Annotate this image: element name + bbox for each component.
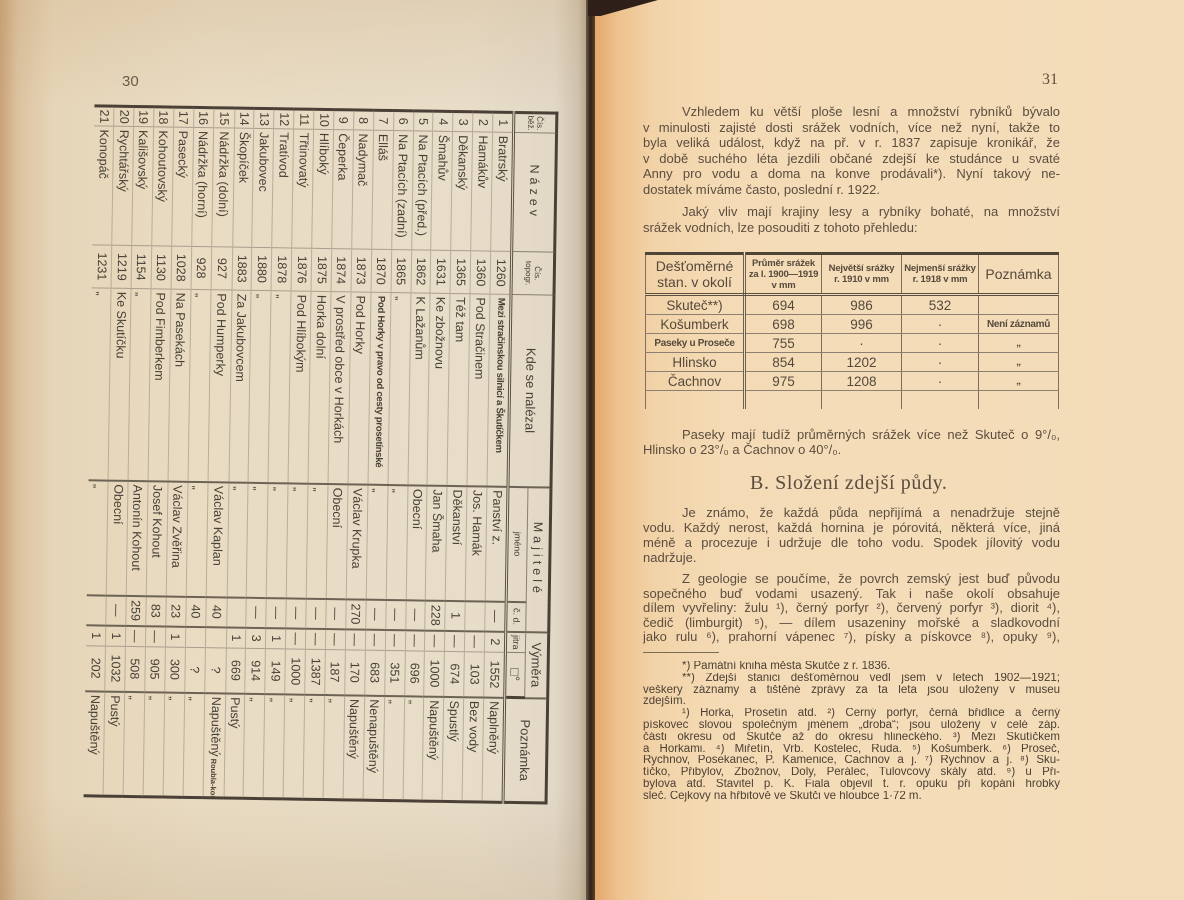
location: K Lažanům	[408, 293, 431, 485]
topo-number: 1231	[92, 245, 112, 288]
area-sq: 1552	[484, 652, 506, 697]
owner-name: Josef Kohout	[146, 481, 168, 596]
header-area-sq-fathoms: □°	[505, 652, 526, 697]
row-number: 12	[274, 109, 294, 129]
area-jitra: —	[286, 628, 306, 649]
area-jitra: —	[445, 630, 465, 651]
area-sq: 149	[265, 649, 286, 694]
footnote-line: zdejším.	[643, 696, 1060, 708]
row-number: 7	[373, 110, 393, 130]
footnote-line: Rychnov, Posekanec, P. Kamenice, Čachnov…	[643, 755, 1060, 767]
note: Napuštěný	[422, 696, 444, 801]
owner-name: „	[227, 482, 249, 597]
note: Spustlý	[442, 696, 464, 801]
area-jitra: 1	[165, 626, 185, 647]
area-jitra: 3	[246, 627, 266, 648]
text-line: v minulosti zajisté dosti srážek vodních…	[643, 120, 1060, 136]
note: „	[263, 694, 285, 799]
header-minimum-line2: r. 1918 v mm	[902, 274, 978, 285]
maximum: 1202	[822, 353, 902, 372]
area-sq: 669	[225, 648, 246, 693]
pond-name: Jakubovec	[252, 128, 274, 247]
house-number: 259	[126, 595, 146, 625]
area-jitra: —	[385, 630, 405, 651]
pond-name: Třtinovatý	[292, 129, 314, 248]
area-jitra: —	[365, 629, 385, 650]
note-text: Napuštěný	[208, 697, 223, 757]
house-number: —	[326, 599, 346, 629]
note: „	[323, 695, 345, 800]
area-sq: 696	[404, 651, 425, 696]
row-number: 6	[393, 111, 413, 131]
topo-number: 1883	[232, 247, 253, 290]
owner-name: Jos. Hamák	[465, 486, 487, 601]
footnote-line: pískovec slovou společným jménem „droba“…	[643, 720, 1060, 732]
pond-name: Šmahův	[431, 131, 453, 250]
maximum: 986	[822, 295, 902, 315]
area-sq: 508	[125, 646, 146, 691]
house-number	[226, 597, 246, 627]
text-line: Jaký vliv mají krajiny lesy a rybníky bo…	[643, 204, 1060, 220]
pond-name: Elláš	[371, 130, 393, 249]
note: „	[383, 696, 405, 801]
house-number: 40	[185, 596, 205, 626]
row-number: 8	[353, 110, 373, 130]
text-line: méně a procezuje i udržuje dle toho vodu…	[643, 535, 1060, 550]
house-number	[86, 595, 106, 625]
row-number: 4	[433, 111, 453, 131]
area-jitra: —	[465, 631, 485, 652]
note: Naplněný	[482, 697, 505, 802]
text-line: sopečného buď vodami usazený. Tak i naše…	[643, 587, 1060, 602]
paragraph-rainfall-comparison: Paseky mají tudíž průměrných srážek více…	[643, 427, 1060, 457]
house-number: —	[106, 595, 126, 625]
house-number: 1	[445, 600, 465, 630]
pond-name: Nádržka (dolní)	[211, 128, 234, 247]
header-topo: Čís.topogr.	[511, 251, 555, 295]
area-jitra: 1	[266, 628, 286, 649]
header-station-line1: Dešťoměrné	[646, 258, 743, 274]
area-sq: 1000	[285, 649, 306, 694]
header-owners: Majitelé	[526, 487, 551, 632]
rainfall-table-grid: Dešťoměrnéstan. v okolí Průměr srážekza …	[645, 252, 1059, 409]
header-maximum-line1: Největší srážky	[822, 263, 901, 274]
house-number: 23	[166, 596, 186, 626]
header-note: Poznámka	[979, 254, 1059, 295]
owner-name: Panství z.	[485, 486, 508, 601]
topo-number: 1260	[490, 251, 512, 294]
location: „	[128, 288, 151, 480]
minimum: ·	[902, 315, 979, 334]
footnotes: *) Památní kniha města Skutče z r. 1836.…	[643, 661, 1060, 803]
house-number	[465, 601, 485, 631]
table-row: Skuteč**)694986532	[646, 295, 1059, 315]
pond-name: Děkanský	[451, 131, 473, 250]
row-number: 2	[473, 112, 493, 132]
station: Skuteč**)	[646, 295, 745, 315]
note: „	[163, 692, 185, 797]
area-jitra: —	[325, 629, 345, 650]
footnote-line: ¹) Horka, Prosetín atd. ²) Černý porfyr,…	[643, 708, 1060, 720]
owner-name: Obecní	[106, 480, 128, 595]
location: „	[268, 291, 291, 483]
note: „	[183, 692, 205, 797]
area-sq: 202	[85, 646, 105, 691]
pond-name: Škopíček	[232, 128, 254, 247]
header-maximum: Největší srážkyr. 1910 v mm	[822, 254, 902, 295]
row-number: 1	[493, 112, 514, 132]
area-jitra: —	[425, 630, 445, 651]
row-number: 9	[334, 110, 354, 130]
footnote-line: *) Památní kniha města Skutče z r. 1836.	[643, 661, 1060, 673]
owner-name: Antonín Kohout	[126, 480, 148, 595]
area-jitra	[205, 627, 226, 648]
header-place: Kde se nalézal	[508, 294, 554, 487]
pond-name: Na Ptacích (před.)	[411, 131, 433, 250]
minimum: ·	[902, 353, 979, 372]
row-number: 15	[213, 108, 234, 128]
note: Není záznamů	[979, 315, 1059, 334]
text-line: Z geologie se poučíme, že povrch zemský …	[643, 572, 1060, 587]
table-row: Paseky u Proseče755··„	[646, 334, 1059, 353]
topo-number: 928	[191, 246, 212, 289]
area-sq: 300	[164, 647, 185, 692]
area-sq: 1032	[105, 646, 126, 691]
area-sq: ?	[204, 648, 226, 693]
station: Paseky u Proseče	[646, 334, 745, 353]
header-owner-name: jméno	[506, 486, 528, 601]
book-spine	[586, 0, 595, 900]
owner-name: „	[87, 480, 108, 595]
topo-number: 1870	[371, 249, 392, 292]
average: 755	[745, 334, 822, 353]
average: 854	[745, 353, 822, 372]
footnote-line: bylova atd. Stavitel p. K. Fiala objevil…	[643, 779, 1060, 791]
topo-number: 1365	[450, 250, 471, 293]
ponds-table-grid: Čís.běž. Název Čís.topogr. Kde se naléza…	[84, 104, 559, 804]
row-number: 16	[193, 107, 213, 127]
pond-name: Kohoutovský	[152, 127, 174, 246]
text-line: nadržuje.	[643, 550, 1060, 565]
house-number: —	[286, 598, 306, 628]
text-line: dostatek míváme často, poslední r. 1922.	[643, 182, 1060, 198]
text-line: byla veliká událost, když na př. v r. 18…	[643, 135, 1060, 151]
location: „	[89, 288, 111, 480]
row-number: 14	[234, 108, 254, 128]
maximum: ·	[822, 334, 902, 353]
text-line: Vzhledem ku větší ploše lesní a množství…	[643, 104, 1060, 120]
area-sq: 351	[384, 650, 405, 695]
empty-cell	[979, 391, 1059, 410]
topo-number: 1154	[131, 245, 152, 288]
area-sq: 170	[345, 650, 366, 695]
empty-cell	[902, 391, 979, 410]
text-line: Paseky mají tudíž průměrných srážek více…	[643, 427, 1060, 442]
table-row: Čachnov9751208·„	[646, 372, 1059, 391]
header-name: Název	[512, 132, 557, 252]
house-number: 40	[205, 597, 226, 627]
maximum: 1208	[822, 372, 902, 391]
area-sq: 914	[245, 648, 266, 693]
note: „	[979, 353, 1059, 372]
text-line: Hlinsko o 23°/₀ a Čachnov o 40°/₀.	[643, 442, 1060, 457]
area-jitra: —	[306, 628, 326, 649]
house-number: —	[266, 598, 286, 628]
header-note: Poznámka	[503, 697, 548, 803]
note: „	[979, 334, 1059, 353]
text-line: dílem vyvřeliny: žulu ¹), černý porfyr ²…	[643, 601, 1060, 616]
area-jitra: —	[125, 625, 145, 646]
location: Ke Skutíčku	[108, 288, 131, 480]
pond-name: Konopáč	[92, 126, 113, 245]
location: „	[248, 290, 271, 482]
topo-number: 1874	[331, 249, 352, 292]
row-number: 19	[134, 106, 154, 126]
station: Košumberk	[646, 315, 745, 334]
location: „	[388, 293, 411, 485]
location: Mezi stračinskou silnicí a Škutíčkem	[487, 294, 511, 486]
footnote-line: sleč. Čejkovy na hřbitově ve Skutči ve h…	[643, 791, 1060, 803]
area-sq: 905	[145, 647, 166, 692]
row-number: 20	[114, 106, 134, 126]
pond-name: Nádržka (horní)	[191, 127, 213, 246]
note: „	[243, 693, 265, 798]
area-jitra: —	[345, 629, 365, 650]
header-topo-line1: Čís.	[533, 252, 543, 294]
paragraph-rainfall-history: Vzhledem ku větší ploše lesní a množství…	[643, 104, 1060, 198]
topo-number: 1862	[411, 250, 432, 293]
note: „	[303, 694, 325, 799]
area-jitra: —	[405, 630, 425, 651]
location: Na Pasekách	[168, 289, 191, 481]
topo-number: 1880	[251, 247, 272, 290]
note: Pustý	[103, 691, 125, 796]
topo-number: 1875	[311, 248, 332, 291]
house-number: —	[246, 597, 266, 627]
row-number: 17	[173, 107, 193, 127]
pond-name: Hamákův	[471, 132, 493, 251]
page-number-right: 31	[1042, 71, 1058, 89]
footnote-line: části okresu od Skutče až do okresu hlin…	[643, 732, 1060, 744]
pond-name: Na Ptacích (zadní)	[391, 131, 413, 250]
ponds-table: Čís.běž. Název Čís.topogr. Kde se naléza…	[90, 104, 559, 801]
empty-cell	[745, 391, 822, 410]
note: „	[123, 691, 145, 796]
maximum: 996	[822, 315, 902, 334]
note	[979, 295, 1059, 315]
topo-number: 1876	[291, 248, 312, 291]
location: Pod Humperky	[208, 290, 232, 482]
area-sq: 1000	[424, 651, 445, 696]
pond-name: Tratívod	[272, 129, 294, 248]
topo-number: 1873	[351, 249, 372, 292]
house-number: —	[485, 601, 506, 631]
note: NapuštěnýRoubla-kory	[203, 693, 226, 798]
paragraph-geology: Z geologie se poučíme, že povrch zemský …	[643, 572, 1060, 645]
owner-name: „	[267, 483, 289, 598]
area-jitra: 2	[485, 631, 506, 652]
header-minimum: Nejmenší srážkyr. 1918 v mm	[902, 254, 979, 295]
location: „	[188, 289, 211, 481]
footnote-line: a Horkami. ⁴) Miřetín, Vrb. Kostelec, Ru…	[643, 744, 1060, 756]
location: Pod Horky v pravo od cesty prosetínské	[368, 292, 391, 484]
topo-number: 1865	[391, 250, 412, 293]
header-number-line2: běž.	[526, 114, 535, 132]
owner-name: Děkanství	[446, 485, 468, 600]
area-sq: 683	[364, 650, 385, 695]
house-number: —	[366, 599, 386, 629]
owner-name: Václav Kaplan	[206, 482, 229, 597]
header-number: Čís.běž.	[514, 112, 557, 133]
owner-name: Jan Šmaha	[426, 485, 448, 600]
topo-number: 1028	[171, 246, 192, 289]
location: Ke zbožnovu	[427, 293, 450, 485]
location: Pod Hlíbokým	[288, 291, 311, 483]
empty-cell	[822, 391, 902, 410]
header-area: Výměra	[525, 632, 549, 698]
station: Hlinsko	[646, 353, 745, 372]
area-jitra: 1	[86, 625, 106, 646]
text-line: jako rulu ⁶), prahorní vápenec ⁷), písky…	[643, 630, 1060, 645]
pond-name: Kališovský	[132, 126, 154, 245]
area-jitra	[185, 626, 205, 647]
footnote-line: tíčko, Přibylov, Zbožnov, Doly, Perálec,…	[643, 767, 1060, 779]
area-jitra: 1	[106, 625, 126, 646]
note: Napuštěný	[343, 695, 365, 800]
note: „	[283, 694, 305, 799]
house-number: 83	[146, 596, 166, 626]
header-minimum-line1: Nejmenší srážky	[902, 263, 978, 274]
owner-name: Obecní	[326, 484, 348, 599]
area-sq: 674	[444, 651, 465, 696]
row-number: 3	[453, 111, 473, 131]
header-owner-house-no: č. d.	[506, 601, 526, 631]
note: Bez vody	[462, 697, 484, 802]
footnote-line: **) Zdejší stanici dešťoměrnou vedl jsem…	[643, 673, 1060, 685]
pond-name: Čeperka	[332, 130, 354, 249]
header-average: Průměr srážekza l. 1900—1919v mm	[745, 254, 822, 295]
area-jitra: —	[145, 626, 165, 647]
note: Nenapuštěný	[363, 695, 385, 800]
location: Pod Horky	[348, 292, 371, 484]
header-area-jitra: jitra	[505, 631, 525, 652]
table-row-empty	[646, 391, 1059, 410]
owner-name: „	[306, 483, 328, 598]
empty-cell	[646, 391, 745, 410]
location: Pod Fimberkem	[148, 289, 171, 481]
location: Pod Stračinem	[467, 294, 490, 486]
location: Též tam	[447, 293, 470, 485]
owner-name: Václav Zvěřina	[166, 481, 188, 596]
location: Horka dolní	[308, 291, 331, 483]
topo-number: 1360	[470, 251, 491, 294]
text-line: Anny pro vodu a doma na konve prodávali*…	[643, 166, 1060, 182]
average: 694	[745, 295, 822, 315]
text-line: v době suchého léta jezdili občané zdejš…	[643, 151, 1060, 167]
row-number: 13	[254, 108, 274, 128]
page-number-left: 30	[122, 73, 139, 90]
location: V prostřed obce v Horkách	[328, 292, 351, 484]
header-maximum-line2: r. 1910 v mm	[822, 274, 901, 285]
section-heading: B. Složení zdejší půdy.	[750, 472, 947, 495]
row-number: 18	[153, 107, 173, 127]
topo-number: 1631	[430, 250, 451, 293]
owner-name: „	[286, 483, 308, 598]
owner-name: Obecní	[406, 485, 428, 600]
house-number: —	[306, 598, 326, 628]
topo-number: 927	[211, 247, 233, 290]
topo-number: 1130	[151, 246, 172, 289]
owner-name: „	[366, 484, 388, 599]
text-line: vodu. Každý nerost, každá hornina je pór…	[643, 520, 1060, 535]
note-extra: Roubla-kory	[208, 759, 218, 798]
header-station-line2: stan. v okolí	[646, 274, 743, 290]
text-line: Je známo, že každá půda nepřijímá a nena…	[643, 505, 1060, 520]
note: Pustý	[224, 693, 246, 798]
header-average-line3: v mm	[746, 280, 821, 291]
average: 975	[745, 372, 822, 391]
table-row: Hlinsko8541202·„	[646, 353, 1059, 372]
footnote-divider	[643, 652, 719, 653]
row-number: 5	[413, 111, 433, 131]
topo-number: 1219	[111, 245, 132, 288]
minimum: 532	[902, 295, 979, 315]
pond-name: Rychtářský	[112, 126, 134, 245]
owner-name: „	[386, 485, 408, 600]
owner-name: „	[186, 481, 208, 596]
note: „	[979, 372, 1059, 391]
house-number: 270	[346, 599, 366, 629]
location: Za Jakubovcem	[229, 290, 252, 482]
row-number: 10	[314, 109, 334, 129]
header-note-text: Poznámka	[979, 266, 1058, 282]
house-number: 228	[425, 600, 445, 630]
area-sq: 103	[464, 652, 485, 697]
note: „	[143, 692, 165, 797]
row-number: 21	[94, 106, 114, 126]
header-station: Dešťoměrnéstan. v okolí	[646, 254, 745, 295]
minimum: ·	[902, 372, 979, 391]
footnote-line: veškery záznamy a tištěné zprávy za ta l…	[643, 685, 1060, 697]
table-row: Košumberk698996·Není záznamů	[646, 315, 1059, 334]
average: 698	[745, 315, 822, 334]
paragraph-soil: Je známo, že každá půda nepřijímá a nena…	[643, 505, 1060, 565]
area-sq: 1387	[305, 649, 326, 694]
pond-name: Bratrský	[491, 132, 514, 251]
text-line: čedič (limburgit) ⁵), — dílem usazeniny …	[643, 616, 1060, 631]
note: Napuštěný	[84, 691, 105, 796]
header-topo-line2: topogr.	[524, 252, 534, 294]
area-sq: ?	[184, 647, 205, 692]
area-jitra: 1	[226, 627, 246, 648]
text-line: srážek vodních, lze posouditi z tohoto p…	[643, 220, 1060, 236]
pond-name: Hlíboký	[312, 129, 334, 248]
house-number: —	[405, 600, 425, 630]
pond-name: Pasecký	[171, 127, 193, 246]
header-average-line2: za l. 1900—1919	[746, 269, 821, 280]
area-sq: 187	[325, 650, 346, 695]
paragraph-table-intro: Jaký vliv mají krajiny lesy a rybníky bo…	[643, 204, 1060, 235]
house-number: —	[385, 599, 405, 629]
header-number-line1: Čís.	[535, 114, 544, 132]
station: Čachnov	[646, 372, 745, 391]
header-average-line1: Průměr srážek	[746, 258, 821, 269]
owner-name: Václav Krupka	[346, 484, 368, 599]
minimum: ·	[902, 334, 979, 353]
row-number: 11	[294, 109, 314, 129]
owner-name: „	[247, 482, 269, 597]
note: „	[403, 696, 425, 801]
